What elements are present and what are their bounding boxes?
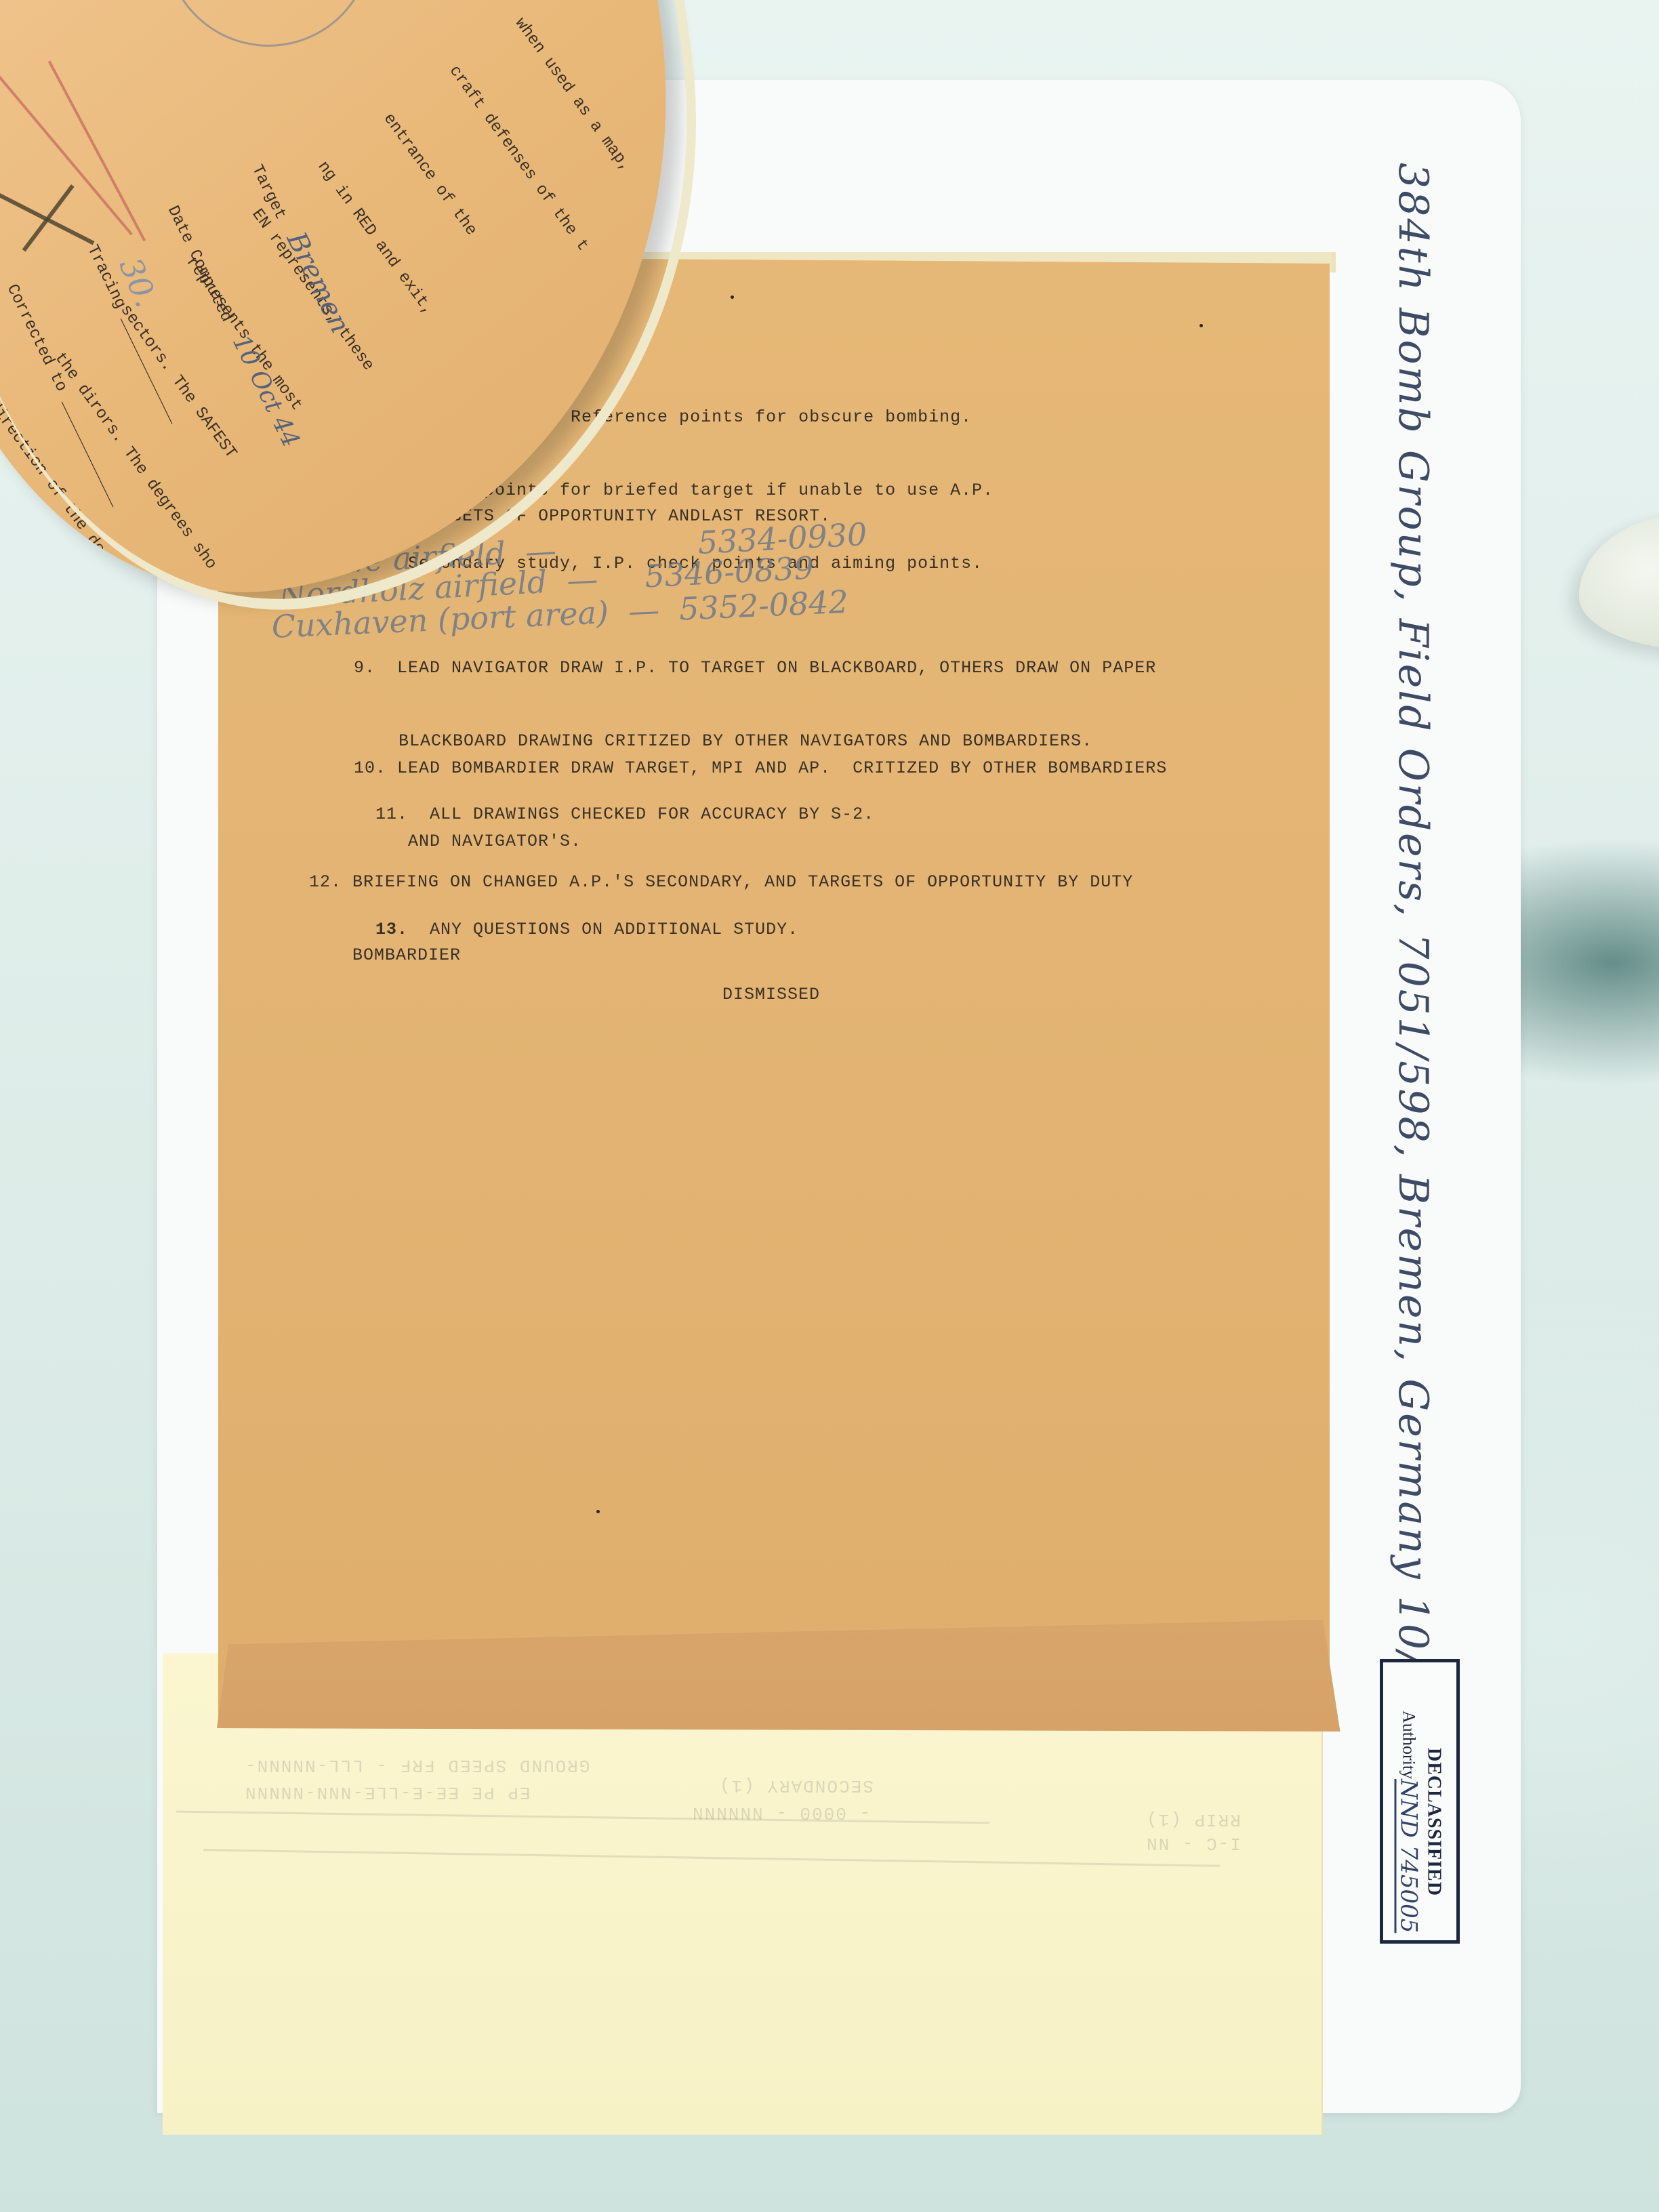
item-number: 10.	[354, 758, 386, 778]
bleed-through-text: SECONDARY (1)	[718, 1776, 874, 1796]
declassified-stamp: DECLASSIFIED Authority NND 745005	[1380, 1659, 1460, 1944]
paper-speck	[596, 1510, 600, 1513]
stamp-title: DECLASSIFIED	[1423, 1748, 1445, 1896]
paper-speck	[731, 295, 734, 299]
paper-speck	[1200, 324, 1203, 327]
item-line: LEAD NAVIGATOR DRAW I.P. TO TARGET ON BL…	[397, 658, 1156, 678]
item-line: BOMBARDIER	[309, 943, 1133, 968]
item-line: LEAD BOMBARDIER DRAW TARGET, MPI AND AP.…	[397, 758, 1167, 778]
background-stone	[1579, 515, 1659, 651]
item-number: 9.	[354, 658, 375, 678]
item-13: 13. ANY QUESTIONS ON ADDITIONAL STUDY.	[354, 893, 798, 942]
bleed-through-text: GROUND SPEED FRF - LLL-NNNNN-	[244, 1755, 590, 1776]
item-number: 13.	[375, 920, 408, 939]
item-number: 12.	[309, 872, 342, 892]
item-line: BRIEFING ON CHANGED A.P.'S SECONDARY, AN…	[352, 872, 1133, 892]
folder-annotation: 384th Bomb Group, Field Orders, 7051/598…	[1389, 163, 1437, 1795]
stamp-authority-label: Authority	[1399, 1711, 1419, 1779]
item-11: 11. ALL DRAWINGS CHECKED FOR ACCURACY BY…	[354, 778, 874, 827]
bleed-through-text: EP PE EE-E-LLE-NNN-NNNNN	[244, 1782, 530, 1803]
bleed-through-text: RRIP (1)	[1145, 1809, 1241, 1830]
item-line: ANY QUESTIONS ON ADDITIONAL STUDY.	[430, 920, 798, 939]
bleed-through-text: I-C - NN	[1145, 1833, 1241, 1853]
bleed-through-rule	[203, 1849, 1220, 1867]
stamp-authority-row: Authority NND 745005	[1395, 1711, 1423, 1933]
stamp-authority-number: NND 745005	[1395, 1779, 1422, 1933]
dismissed-label: DISMISSED	[722, 983, 820, 1007]
